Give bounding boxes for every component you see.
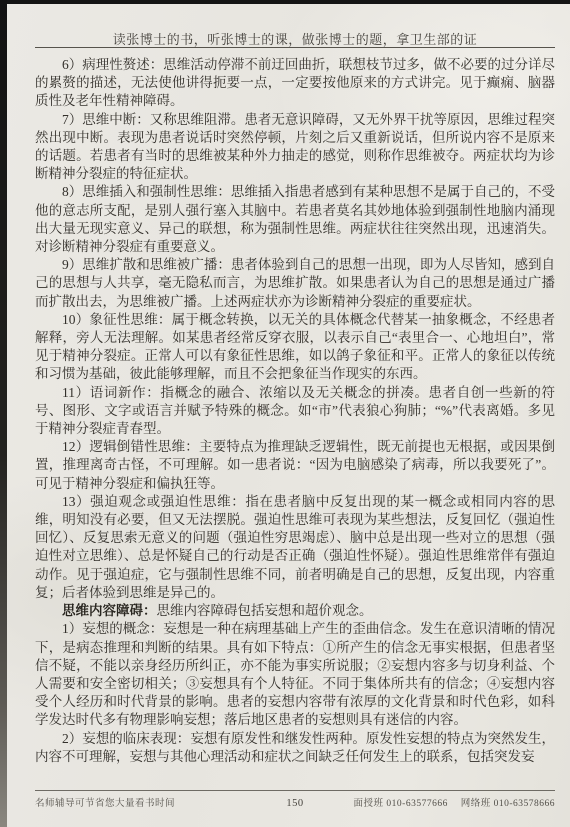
scan-edge-left	[0, 0, 7, 827]
footer-contacts: 面授班 010-63577666 网络班 010-63578666	[304, 795, 555, 809]
paragraph-paralogical-thinking: 12）逻辑倒错性思维：主要特点为推理缺乏逻辑性，既无前提也无根据，或因果倒置，推…	[35, 438, 555, 493]
paragraph-thought-content-disorder-heading: 思维内容障碍：思维内容障碍包括妄想和超价观念。	[35, 602, 555, 620]
scan-edge-top	[0, 0, 570, 4]
footer-contact-face-class: 面授班 010-63577666	[354, 799, 448, 809]
paragraph-pathological-circumstantiality: 6）病理性赘述：思维活动停滞不前迂回曲折，联想枝节过多，做不必要的过分详尽的累赘…	[35, 56, 555, 111]
paragraph-neologism: 11）语词新作：指概念的融合、浓缩以及无关概念的拼凑。患者自创一些新的符号、图形…	[35, 384, 555, 439]
footer-rule	[35, 790, 555, 791]
header-rule	[35, 47, 555, 48]
paragraph-obsessive-ideas: 13）强迫观念或强迫性思维：指在患者脑中反复出现的某一概念或相同内容的思维，明知…	[35, 493, 555, 602]
paragraph-delusion-concept: 1）妄想的概念：妄想是一种在病理基础上产生的歪曲信念。发生在意识清晰的情况下，是…	[35, 620, 555, 729]
paragraph-thought-insertion: 8）思维插入和强制性思维：思维插入指患者感到有某种思想不是属于自己的，不受他的意…	[35, 183, 555, 256]
page-footer: 名师辅导可节省您大量看书时间 150 面授班 010-63577666 网络班 …	[35, 795, 555, 809]
paragraph-symbolic-thinking: 10）象征性思维：属于概念转换，以无关的具体概念代替某一抽象概念，不经患者解释，…	[35, 311, 555, 384]
header-slogan: 读张博士的书，听张博士的课，做张博士的题，拿卫生部的证	[113, 32, 478, 47]
paragraph-delusion-clinical: 2）妄想的临床表现：妄想有原发性和继发性两种。原发性妄想的特点为突然发生，内容不…	[35, 730, 555, 766]
scanned-book-page: 读张博士的书，听张博士的课，做张博士的题，拿卫生部的证 6）病理性赘述：思维活动…	[0, 0, 570, 827]
page-number: 150	[286, 798, 303, 809]
footer-slogan: 名师辅导可节省您大量看书时间	[35, 795, 286, 809]
footer-contact-online-class: 网络班 010-63578666	[461, 799, 555, 809]
paragraph-thought-broadcasting: 9）思维扩散和思维被广播：患者体验到自己的思想一出现，即为人尽皆知，感到自己的思…	[35, 256, 555, 311]
body-text: 6）病理性赘述：思维活动停滞不前迂回曲折，联想枝节过多，做不必要的过分详尽的累赘…	[35, 56, 555, 766]
page-header: 读张博士的书，听张博士的课，做张博士的题，拿卫生部的证	[35, 29, 555, 49]
paragraph-thought-blocking: 7）思维中断：又称思维阻滞。患者无意识障碍，又无外界干扰等原因，思维过程突然出现…	[35, 111, 555, 184]
